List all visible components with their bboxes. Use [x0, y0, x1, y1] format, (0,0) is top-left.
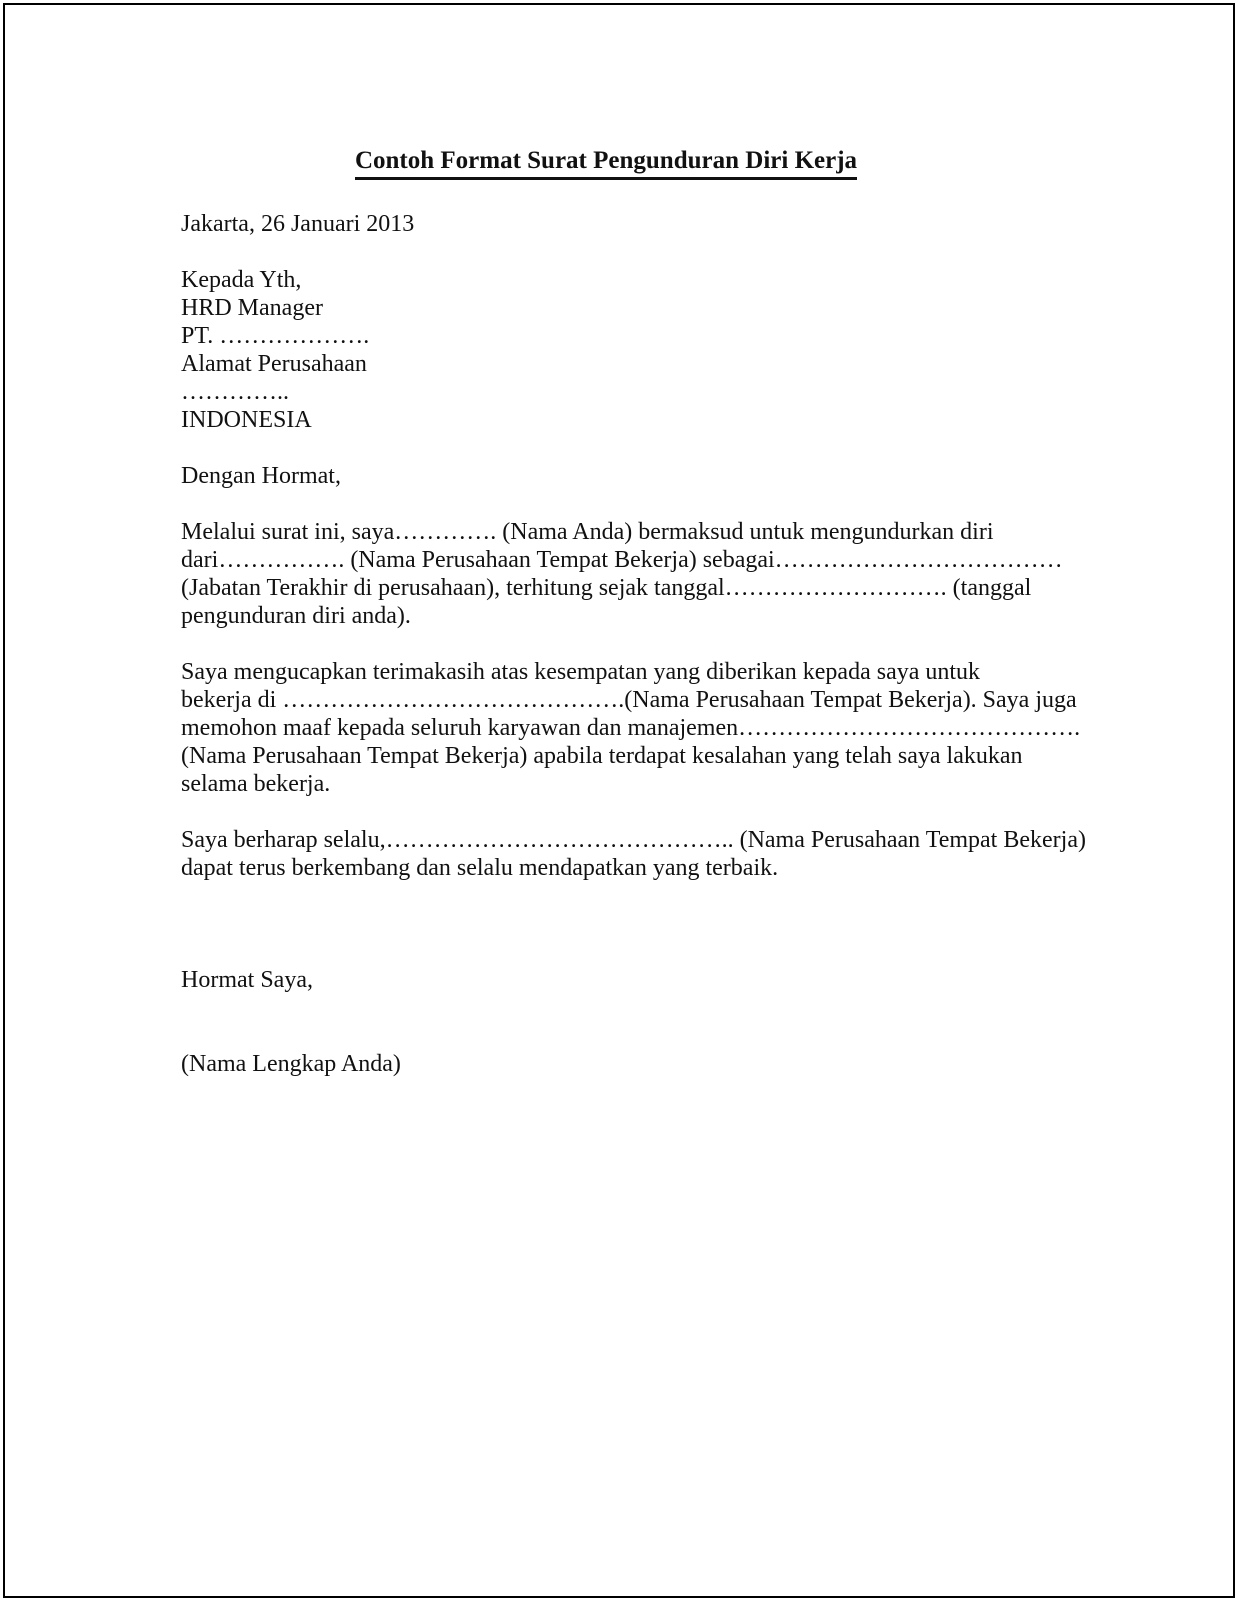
paragraph-line: dapat terus berkembang dan selalu mendap… [181, 854, 1031, 882]
paragraph-line: bekerja di …………………………………….(Nama Perusaha… [181, 686, 1031, 714]
paragraph-gratitude-apology: Saya mengucapkan terimakasih atas kesemp… [181, 658, 1031, 798]
paragraph-line: memohon maaf kepada seluruh karyawan dan… [181, 714, 1031, 742]
recipient-line: Alamat Perusahaan [181, 350, 1031, 378]
paragraph-line: Saya mengucapkan terimakasih atas kesemp… [181, 658, 1031, 686]
paragraph-line: (Nama Perusahaan Tempat Bekerja) apabila… [181, 742, 1031, 770]
paragraph-line: Saya berharap selalu,…………………………………….. (N… [181, 826, 1031, 854]
recipient-line: HRD Manager [181, 294, 1031, 322]
recipient-line: PT. ………………. [181, 322, 1031, 350]
paragraph-line: Melalui surat ini, saya…………. (Nama Anda)… [181, 518, 1031, 546]
paragraph-line: pengunduran diri anda). [181, 602, 1031, 630]
resignation-letter-document: Contoh Format Surat Pengunduran Diri Ker… [181, 146, 1031, 1078]
paragraph-line: selama bekerja. [181, 770, 1031, 798]
recipient-line: ………….. [181, 378, 1031, 406]
sign-off: Hormat Saya, [181, 966, 1031, 994]
letter-title-text: Contoh Format Surat Pengunduran Diri Ker… [355, 146, 857, 180]
paragraph-line: dari……………. (Nama Perusahaan Tempat Beker… [181, 546, 1031, 574]
recipient-line: INDONESIA [181, 406, 1031, 434]
salutation: Dengan Hormat, [181, 462, 1031, 490]
date-place-line: Jakarta, 26 Januari 2013 [181, 210, 1031, 238]
paragraph-resignation-intent: Melalui surat ini, saya…………. (Nama Anda)… [181, 518, 1031, 630]
paragraph-well-wishes: Saya berharap selalu,…………………………………….. (N… [181, 826, 1031, 882]
recipient-line: Kepada Yth, [181, 266, 1031, 294]
recipient-address-block: Kepada Yth, HRD Manager PT. ………………. Alam… [181, 266, 1031, 434]
signature-name-placeholder: (Nama Lengkap Anda) [181, 1050, 1031, 1078]
letter-title: Contoh Format Surat Pengunduran Diri Ker… [181, 146, 1031, 180]
paragraph-line: (Jabatan Terakhir di perusahaan), terhit… [181, 574, 1031, 602]
